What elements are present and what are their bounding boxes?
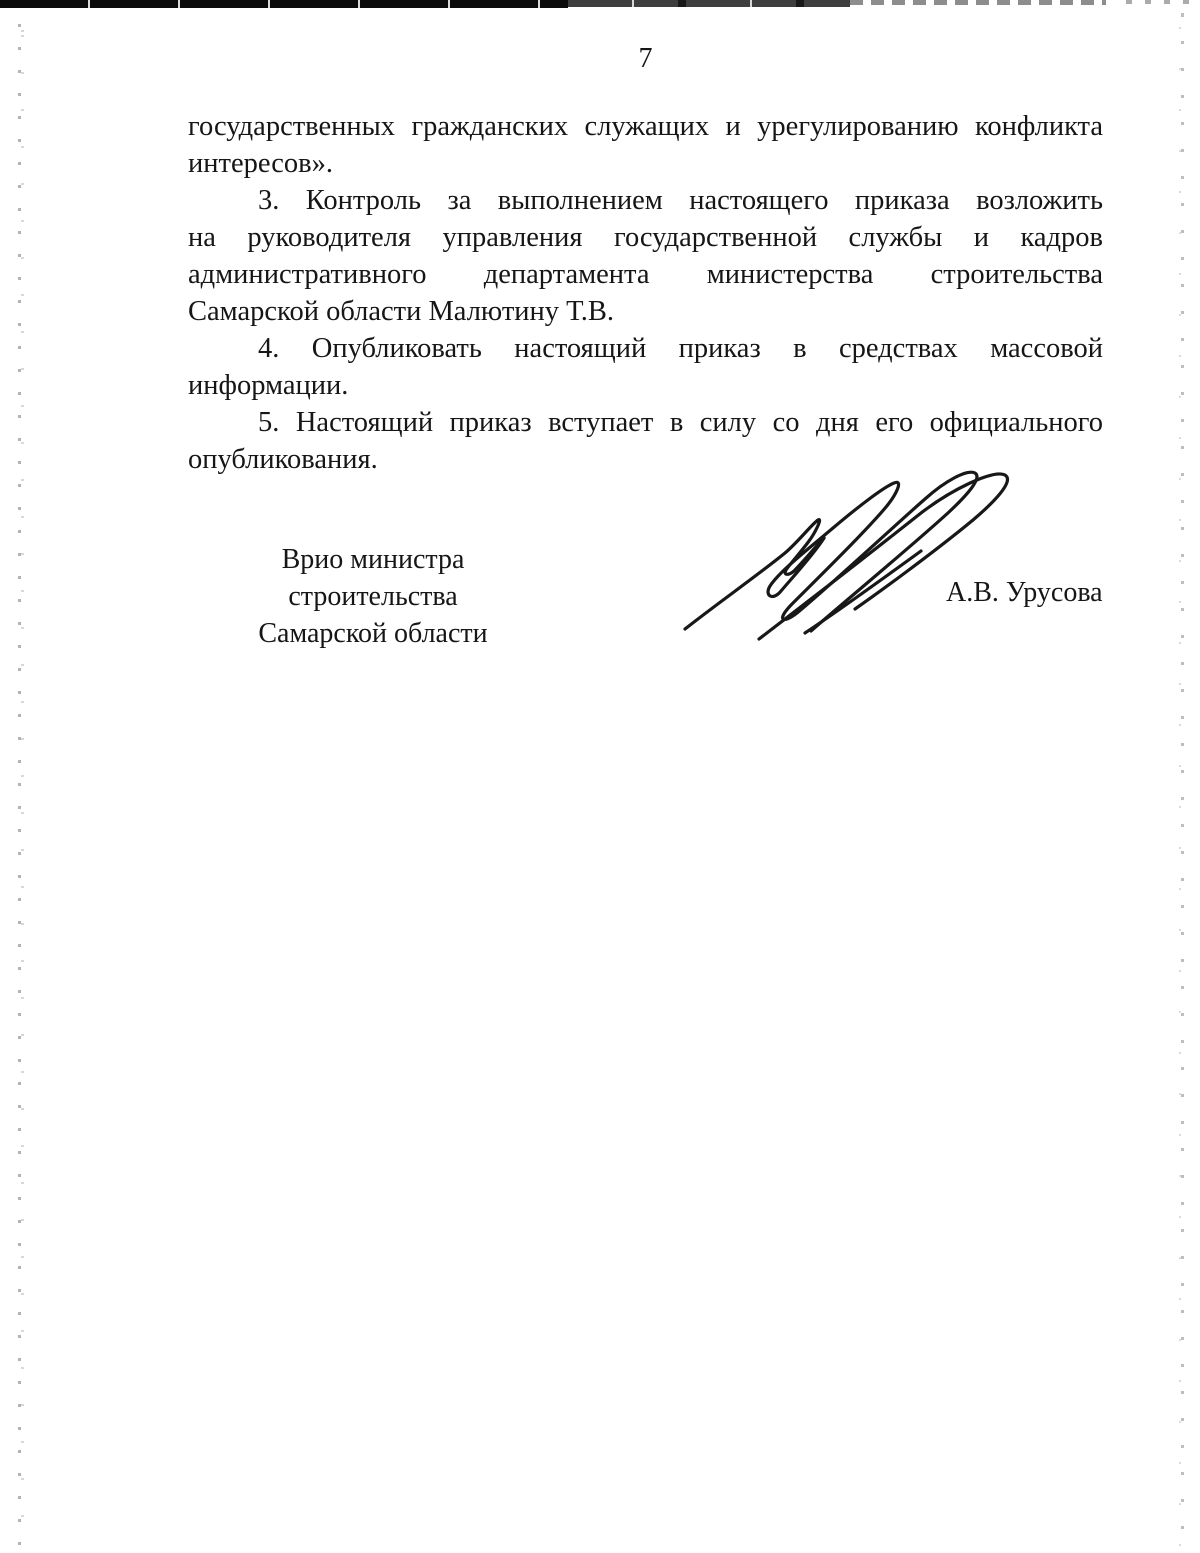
page-number: 7 [188,42,1103,76]
text-line: Самарской области Малютину Т.В. [188,293,1103,330]
signer-name: А.В. Урусова [946,576,1103,610]
scan-artifact-right-speckles [1179,10,1186,1550]
text-line: интересов». [188,145,1103,182]
signer-position-line1: Врио министра строительства [195,541,551,615]
signer-position-line2: Самарской области [195,615,551,652]
scan-artifact-segment [1126,0,1200,4]
scan-artifact-segment [568,0,850,7]
text-line: информации. [188,367,1103,404]
text-line: на руководителя управления государственн… [188,219,1103,256]
handwritten-signature-icon [663,463,1023,653]
text-line: 3. Контроль за выполнением настоящего пр… [188,182,1103,219]
signer-position-title: Врио министра строительства Самарской об… [195,541,551,652]
scan-artifact-top-bar [0,0,1200,8]
scan-artifact-segment [850,0,1106,5]
text-line: 5. Настоящий приказ вступает в силу со д… [188,404,1103,441]
text-line: 4. Опубликовать настоящий приказ в средс… [188,330,1103,367]
text-line: государственных гражданских служащих и у… [188,108,1103,145]
text-line: административного департамента министерс… [188,256,1103,293]
scanned-document-page: 7 государственных гражданских служащих и… [0,0,1200,1553]
scan-artifact-left-speckles [17,24,24,1546]
document-body: государственных гражданских служащих и у… [188,108,1103,478]
scan-artifact-segment [0,0,568,8]
